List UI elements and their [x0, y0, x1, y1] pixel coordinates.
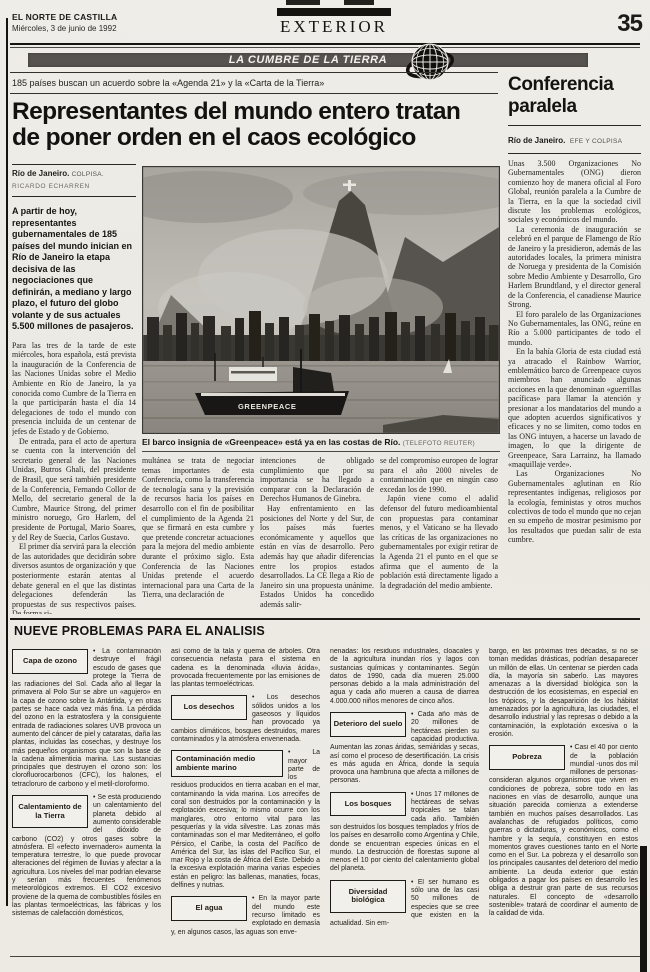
newspaper-page: EL NORTE DE CASTILLA Miércoles, 3 de jun… [0, 0, 650, 972]
article-column-3: intenciones de obligado cumplimiento que… [260, 456, 374, 614]
sidebar-title: Conferencia paralela [508, 74, 641, 118]
topic-box-forests: Los bosques [330, 792, 406, 817]
edition-date: Miércoles, 3 de junio de 1992 [12, 23, 117, 34]
analysis-block-poverty: Pobreza • Casi el 40 por ciento de la po… [489, 744, 638, 918]
scan-edge-bar [640, 846, 647, 972]
dateline: Río de Janeiro. [12, 169, 69, 178]
sidebar-body: Unas 3.500 Organizaciones No Gubernament… [508, 159, 641, 621]
scan-edge-line [6, 18, 8, 906]
paper-name: EL NORTE DE CASTILLA [12, 12, 117, 23]
topic-text: así como de la tala y quema de árboles. … [171, 648, 320, 688]
headline-line-2: de poner orden en el caos ecológico [12, 125, 504, 151]
paragraph: Para las tres de la tarde de este miérco… [12, 341, 136, 437]
caption-text: El barco insignia de «Greenpeace» está y… [142, 437, 400, 447]
kicker: 185 países buscan un acuerdo sobre la «A… [12, 78, 498, 88]
topic-box-soil: Deterioro del suelo [330, 712, 406, 737]
analysis-rule-top [10, 618, 640, 620]
page-number: 35 [617, 10, 642, 38]
paragraph: Las Organizaciones No Gubernamentales ag… [508, 469, 641, 544]
topic-text: nenadas: los residuos industriales, cloa… [330, 648, 479, 705]
topic-box-poverty: Pobreza [489, 745, 565, 770]
analysis-block-continuation: bargo, en las próximas tres décadas, si … [489, 648, 638, 739]
paragraph: La ceremonia de inauguración se celebró … [508, 225, 641, 310]
photo-credit: (TELEFOTO REUTER) [403, 440, 475, 447]
kicker-rule-top [10, 72, 498, 73]
analysis-block-waste: Los desechos • Los desechos sólidos unid… [171, 694, 320, 744]
topic-text: • Casi el 40 por ciento de la población … [489, 744, 638, 917]
article-column-1: Río de Janeiro. COLPISA. RICARDO ECHARRE… [12, 164, 136, 614]
section-title: EXTERIOR [230, 17, 438, 37]
analysis-block-warming: Calentamiento de la Tierra • Se está pro… [12, 794, 161, 918]
analysis-column-4: bargo, en las próximas tres décadas, si … [489, 648, 638, 952]
byline-box: Río de Janeiro. COLPISA. RICARDO ECHARRE… [12, 164, 136, 197]
paragraph: Hay enfrentamiento en las posiciones del… [260, 504, 374, 610]
crop-mark [344, 0, 374, 5]
analysis-title: NUEVE PROBLEMAS PARA EL ANALISIS [14, 624, 265, 638]
analysis-block-biodiversity: Diversidad biológica • El ser humano es … [330, 879, 479, 929]
paragraph: El primer día servirá para la elección d… [12, 542, 136, 614]
crop-mark [286, 0, 320, 5]
paragraph: Japón viene como el adalid defensor del … [380, 494, 498, 590]
header-rule-thin [10, 47, 640, 48]
topic-text: bargo, en las próximas tres décadas, si … [489, 648, 638, 738]
lead-paragraph: A partir de hoy, representantes gubernam… [12, 206, 136, 333]
topic-box-warming: Calentamiento de la Tierra [12, 795, 88, 828]
headline-line-1: Representantes del mundo entero tratan [12, 99, 504, 125]
analysis-column-3: nenadas: los residuos industriales, cloa… [330, 648, 479, 952]
sidebar-dateline: Río de Janeiro. [508, 136, 565, 145]
sidebar-article: Conferencia paralela Río de Janeiro. EFE… [508, 74, 641, 621]
header-rule [10, 43, 640, 45]
paragraph: El foro paralelo de las Organizaciones N… [508, 310, 641, 348]
analysis-block-water: El agua • En la mayor parte del mundo es… [171, 895, 320, 936]
paragraph: En la bahía Gloria de esta ciudad está y… [508, 347, 641, 469]
paragraph: se del compromiso europeo de lograr para… [380, 456, 498, 494]
paragraph: multánea se trata de negociar temas impo… [142, 456, 254, 600]
banner-title: LA CUMBRE DE LA TIERRA [28, 54, 588, 66]
topic-box-water: El agua [171, 896, 247, 921]
article-column-2: multánea se trata de negociar temas impo… [142, 456, 254, 614]
analysis-column-2: así como de la tala y quema de árboles. … [171, 648, 320, 952]
section-bar [277, 8, 391, 16]
body-text: Para las tres de la tarde de este miérco… [12, 341, 136, 614]
caption-rule [142, 451, 500, 452]
ship-name-text: GREENPEACE [238, 402, 297, 411]
sidebar-agency: EFE Y COLPISA [570, 138, 622, 145]
analysis-block-ozone: Capa de ozono • La contaminación destruy… [12, 648, 161, 789]
agency: COLPISA. [72, 171, 104, 178]
analysis-block-soil: Deterioro del suelo • Cada año más de 20… [330, 711, 479, 786]
headline: Representantes del mundo entero tratan d… [12, 99, 504, 151]
topic-box-biodiversity: Diversidad biológica [330, 880, 406, 913]
analysis-column-1: Capa de ozono • La contaminación destruy… [12, 648, 161, 952]
topic-box-waste: Los desechos [171, 695, 247, 720]
analysis-block-continuation: así como de la tala y quema de árboles. … [171, 648, 320, 689]
paragraph: Unas 3.500 Organizaciones No Gubernament… [508, 159, 641, 225]
analysis-block-marine: Contaminación medio ambiente marino • La… [171, 749, 320, 890]
sidebar-byline-box: Río de Janeiro. EFE Y COLPISA [508, 125, 641, 154]
author: RICARDO ECHARREN [12, 182, 136, 192]
sidebar-title-line-2: paralela [508, 96, 641, 118]
paragraph: De entrada, para el acto de apertura se … [12, 437, 136, 543]
paragraph: intenciones de obligado cumplimiento que… [260, 456, 374, 504]
article-column-4: se del compromiso europeo de lograr para… [380, 456, 498, 614]
analysis-rule-bottom [10, 956, 640, 957]
masthead: EL NORTE DE CASTILLA Miércoles, 3 de jun… [12, 12, 117, 34]
topic-box-ozone: Capa de ozono [12, 649, 88, 674]
analysis-block-forests: Los bosques • Unos 17 millones de hectár… [330, 791, 479, 874]
topic-box-marine: Contaminación medio ambiente marino [171, 750, 283, 777]
news-photo: GREENPEACE [142, 166, 500, 434]
photo-caption: El barco insignia de «Greenpeace» está y… [142, 437, 500, 447]
sidebar-title-line-1: Conferencia [508, 74, 641, 96]
kicker-rule-bottom [10, 93, 498, 94]
analysis-block-continuation: nenadas: los residuos industriales, cloa… [330, 648, 479, 706]
